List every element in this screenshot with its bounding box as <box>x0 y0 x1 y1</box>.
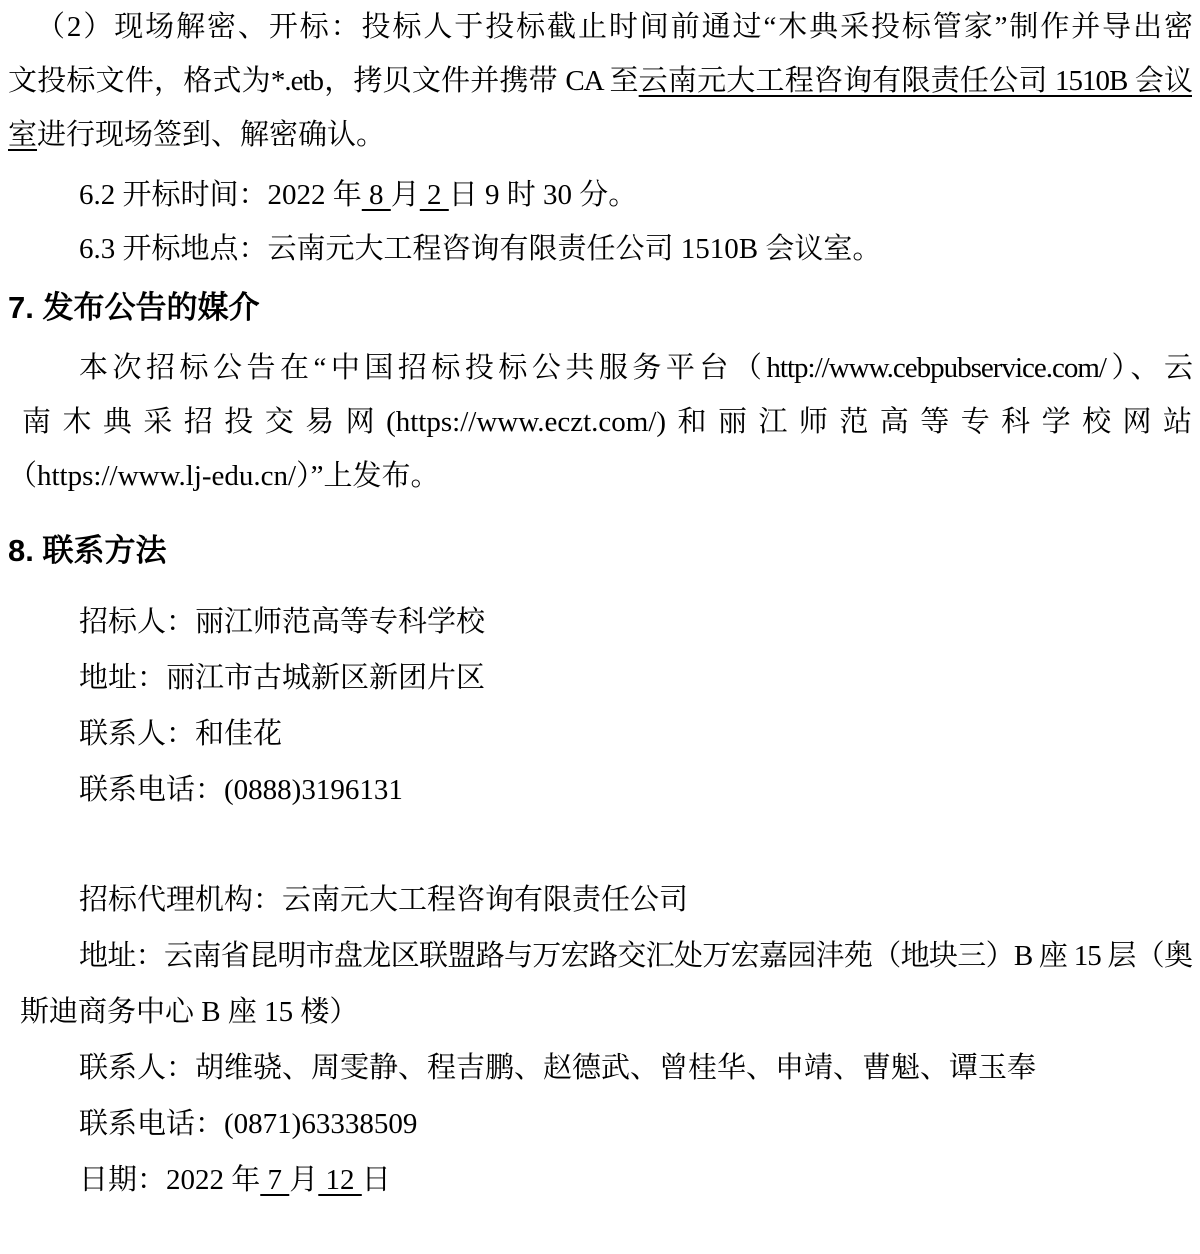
decrypt-line-2: 文投标文件，格式为*.etb，拷贝文件并携带 CA 至云南元大工程咨询有限责任公… <box>8 54 1192 108</box>
venue-underlined-text: 云南元大工程咨询有限责任公司 1510B 会议 <box>639 65 1192 97</box>
item-bid-opening-time: 6.2 开标时间：2022 年 8 月 2 日 9 时 30 分。 <box>8 168 1192 222</box>
tenderee-name-line: 招标人：丽江师范高等专科学校 <box>8 594 1192 650</box>
agency-phone-line: 联系电话：(0871)63338509 <box>8 1096 1192 1152</box>
heading-section-7: 7. 发布公告的媒介 <box>8 286 1192 330</box>
opening-time-tail: 日 9 时 30 分。 <box>449 179 638 211</box>
date-day-underlined: 12 <box>318 1164 362 1196</box>
decrypt-line-3-text: 进行现场签到、解密确认。 <box>37 119 385 151</box>
item-bid-opening-place: 6.3 开标地点：云南元大工程咨询有限责任公司 1510B 会议室。 <box>8 222 1192 276</box>
agency-address-line-2: 斯迪商务中心 B 座 15 楼） <box>8 984 1192 1040</box>
tenderee-phone-line: 联系电话：(0888)3196131 <box>8 762 1192 818</box>
agency-contacts-line: 联系人：胡维骁、周雯静、程吉鹏、赵德武、曾桂华、申靖、曹魁、谭玉奉 <box>8 1040 1192 1096</box>
heading-section-8: 8. 联系方法 <box>8 529 1192 573</box>
decrypt-line-1: （2）现场解密、开标：投标人于投标截止时间前通过“木典采投标管家”制作并导出密 <box>8 0 1192 54</box>
document-page: （2）现场解密、开标：投标人于投标截止时间前通过“木典采投标管家”制作并导出密 … <box>0 0 1200 1208</box>
agency-address-line-1: 地址：云南省昆明市盘龙区联盟路与万宏路交汇处万宏嘉园沣苑（地块三）B 座 15 … <box>8 928 1192 984</box>
media-line-3: （https://www.lj-edu.cn/）”上发布。 <box>8 449 1192 503</box>
date-label: 日期：2022 年 <box>79 1164 260 1196</box>
para-onsite-decrypt: （2）现场解密、开标：投标人于投标截止时间前通过“木典采投标管家”制作并导出密 … <box>8 0 1192 162</box>
opening-time-label: 6.2 开标时间：2022 年 <box>79 179 362 211</box>
tenderee-contact-line: 联系人：和佳花 <box>8 706 1192 762</box>
decrypt-line-3: 室进行现场签到、解密确认。 <box>8 108 1192 162</box>
tenderee-address-line: 地址：丽江市古城新区新团片区 <box>8 650 1192 706</box>
decrypt-line-2-text: 文投标文件，格式为*.etb，拷贝文件并携带 CA 至 <box>8 65 639 97</box>
date-line: 日期：2022 年 7 月 12 日 <box>8 1152 1192 1208</box>
media-line-1: 本次招标公告在“中国招标投标公共服务平台（http://www.cebpubse… <box>8 341 1192 395</box>
date-tail: 日 <box>362 1164 391 1196</box>
opening-month-underlined: 8 <box>362 179 391 211</box>
opening-time-month-char: 月 <box>391 179 420 211</box>
venue-underlined-text-cont: 室 <box>8 119 37 151</box>
media-line-2: 南木典采招投交易网(https://www.eczt.com/)和丽江师范高等专… <box>8 395 1192 449</box>
opening-day-underlined: 2 <box>420 179 449 211</box>
date-month-underlined: 7 <box>260 1164 289 1196</box>
para-announcement-media: 本次招标公告在“中国招标投标公共服务平台（http://www.cebpubse… <box>8 341 1192 503</box>
agency-name-line: 招标代理机构：云南元大工程咨询有限责任公司 <box>8 872 1192 928</box>
date-month-char: 月 <box>289 1164 318 1196</box>
